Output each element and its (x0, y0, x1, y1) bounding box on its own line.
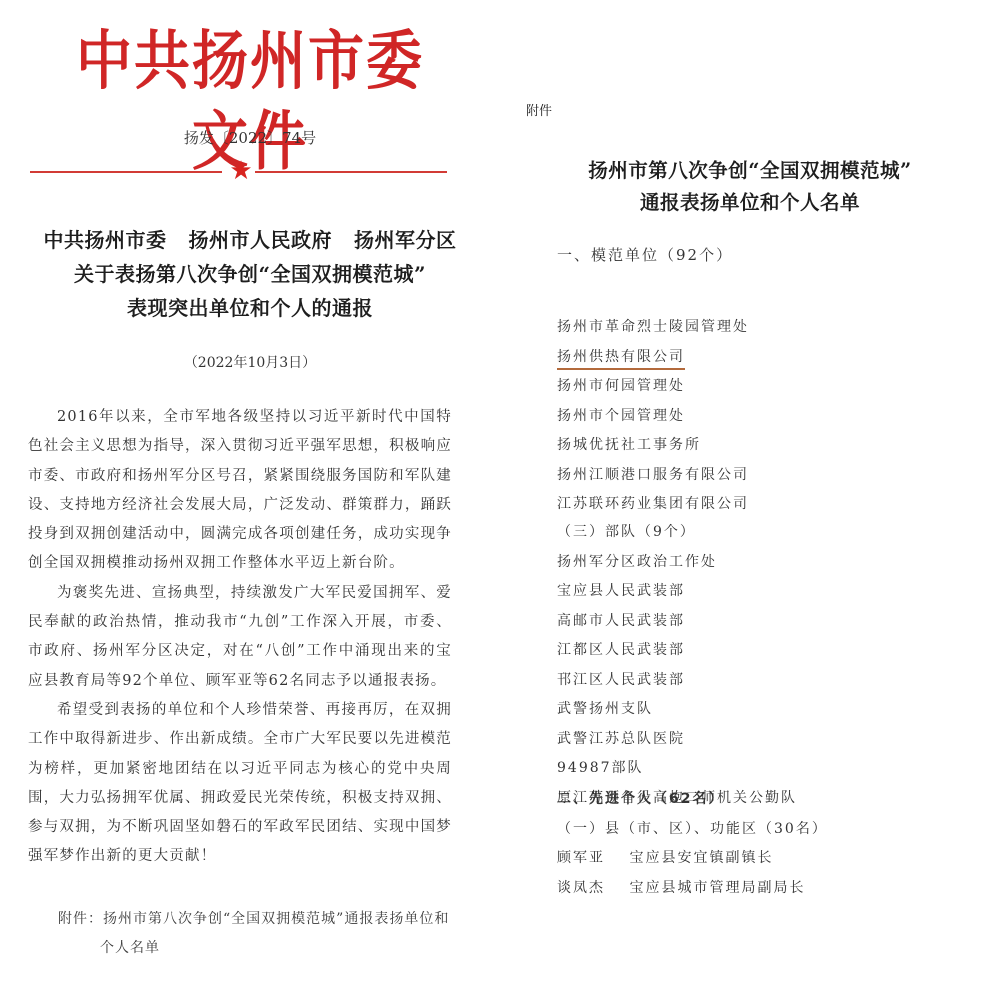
list-item: 宝应县人民武装部 (557, 577, 977, 607)
unit-name: 扬州江顺港口服务有限公司 (557, 467, 749, 483)
unit-name: 扬城优抚社工事务所 (557, 437, 701, 453)
list-item: 邗江区人民武装部 (557, 666, 977, 696)
left-page: 中共扬州市委文件 扬发〔2022〕74号 ★ 中共扬州市委扬州市人民政府扬州军分… (0, 0, 500, 1000)
list-item: 94987部队 (557, 754, 977, 784)
issue-date: （2022年10月3日） (0, 352, 500, 372)
unit-name: 扬州市何园管理处 (557, 378, 685, 394)
unit-name: 扬州市革命烈士陵园管理处 (557, 319, 749, 335)
section-heading: 一、模范单位（92个） (557, 241, 977, 271)
annex-title-line-1: 扬州市第八次争创“全国双拥模范城” (500, 155, 1000, 183)
headline-line-2: 关于表扬第八次争创“全国双拥模范城” (0, 258, 500, 287)
unit-name: 江苏联环药业集团有限公司 (557, 496, 749, 512)
issuer-government: 扬州市人民政府 (189, 228, 333, 252)
red-divider-left (30, 171, 222, 173)
list-item-highlighted: 扬州供热有限公司 (557, 343, 977, 373)
body-paragraph-1: 2016年以来，全市军地各级坚持以习近平新时代中国特色社会主义思想为指导，深入贯… (28, 403, 452, 579)
body-paragraph-3: 希望受到表扬的单位和个人珍惜荣誉、再接再厉，在双拥工作中取得新进步、作出新成绩。… (28, 696, 452, 872)
list-item: 扬州军分区政治工作处 (557, 548, 977, 578)
issuer-party-committee: 中共扬州市委 (44, 228, 167, 252)
subsection-heading: （三）部队（9个） (557, 518, 977, 548)
person-name: 顾军亚 (557, 844, 623, 874)
list-item: 扬州江顺港口服务有限公司 (557, 461, 977, 491)
document-number: 扬发〔2022〕74号 (0, 127, 500, 148)
headline-issuers: 中共扬州市委扬州市人民政府扬州军分区 (0, 224, 500, 253)
red-divider-right (255, 171, 447, 173)
list-item: 武警扬州支队 (557, 695, 977, 725)
annex-label: 附件 (526, 100, 552, 119)
person-row: 谈凤杰 宝应县城市管理局副局长 (557, 874, 977, 904)
list-item: 江苏联环药业集团有限公司 (557, 490, 977, 520)
annex-title-line-2: 通报表扬单位和个人名单 (500, 187, 1000, 215)
list-item: 武警江苏总队医院 (557, 725, 977, 755)
person-row: 顾军亚 宝应县安宜镇副镇长 (557, 844, 977, 874)
list-item: 扬州市何园管理处 (557, 372, 977, 402)
list-item: 扬城优抚社工事务所 (557, 431, 977, 461)
list-item: 江都区人民武装部 (557, 636, 977, 666)
person-title: 宝应县城市管理局副局长 (629, 880, 805, 896)
attachment-note-line-2: 个人名单 (58, 934, 458, 963)
section-heading: 二、先进个人（62名） (557, 785, 977, 815)
person-title: 宝应县安宜镇副镇长 (629, 850, 773, 866)
list-item: 扬州市个园管理处 (557, 402, 977, 432)
attachment-note: 附件：扬州市第八次争创“全国双拥模范城”通报表扬单位和 个人名单 (58, 905, 458, 963)
model-units-list: 扬州市革命烈士陵园管理处 扬州供热有限公司 扬州市何园管理处 扬州市个园管理处 … (557, 313, 977, 520)
advanced-individuals: 二、先进个人（62名） （一）县（市、区）、功能区（30名） 顾军亚 宝应县安宜… (557, 785, 977, 903)
body-paragraph-2: 为褒奖先进、宣扬典型，持续激发广大军民爱国拥军、爱民奉献的政治热情，推动我市“九… (28, 579, 452, 696)
military-units-list: （三）部队（9个） 扬州军分区政治工作处 宝应县人民武装部 高邮市人民武装部 江… (557, 518, 977, 813)
unit-name: 扬州市个园管理处 (557, 408, 685, 424)
issuer-military-district: 扬州军分区 (354, 228, 457, 252)
list-item: 高邮市人民武装部 (557, 607, 977, 637)
person-name: 谈凤杰 (557, 874, 623, 904)
star-icon: ★ (228, 158, 254, 184)
headline-line-3: 表现突出单位和个人的通报 (0, 292, 500, 321)
body-text: 2016年以来，全市军地各级坚持以习近平新时代中国特色社会主义思想为指导，深入贯… (28, 403, 452, 872)
subsection-heading: （一）县（市、区）、功能区（30名） (557, 815, 977, 845)
list-item: 扬州市革命烈士陵园管理处 (557, 313, 977, 343)
attachment-note-line-1: 附件：扬州市第八次争创“全国双拥模范城”通报表扬单位和 (58, 911, 449, 927)
section-model-units: 一、模范单位（92个） (557, 241, 977, 271)
unit-name-underlined: 扬州供热有限公司 (557, 346, 685, 370)
right-page: 附件 扬州市第八次争创“全国双拥模范城” 通报表扬单位和个人名单 一、模范单位（… (500, 0, 1000, 1000)
